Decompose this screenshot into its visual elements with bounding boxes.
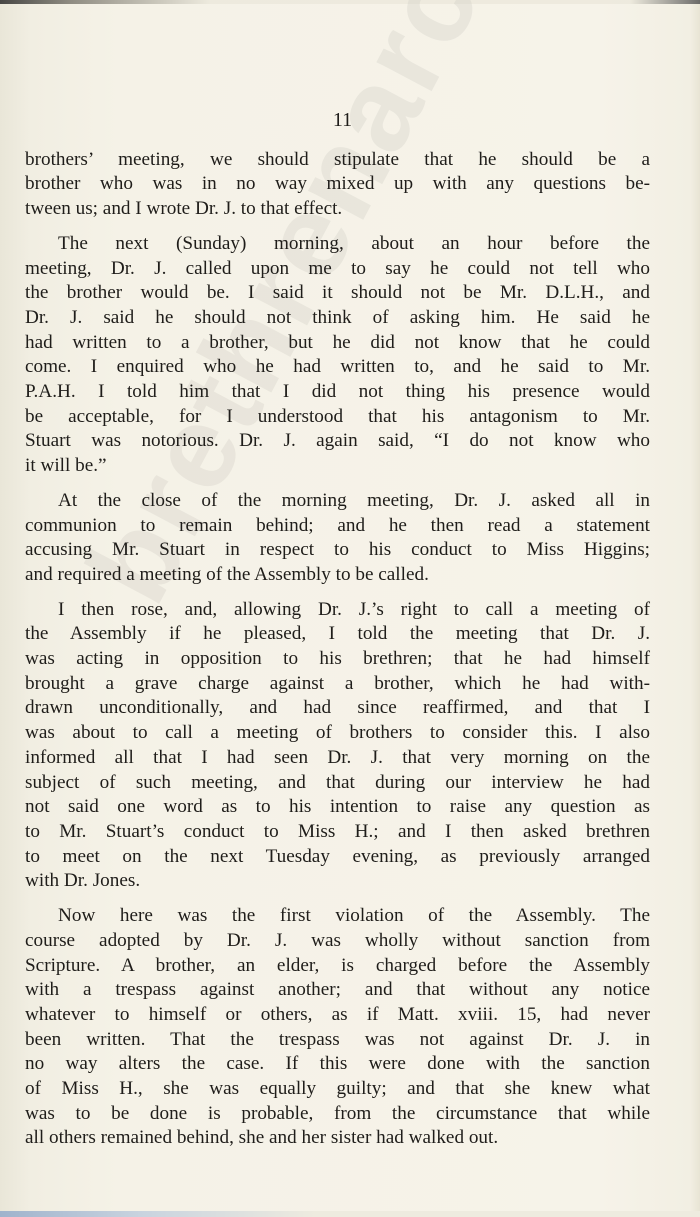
text-line: was acting in opposition to his brethren…	[25, 647, 650, 672]
text-line: whatever to himself or others, as if Mat…	[25, 1003, 650, 1028]
text-line: the brother would be. I said it should n…	[25, 281, 650, 306]
paragraph-continued: brothers’ meeting, we should stipulate t…	[25, 148, 650, 222]
text-line: and required a meeting of the Assembly t…	[25, 563, 650, 588]
text-line: P.A.H. I told him that I did not thing h…	[25, 380, 650, 405]
text-line: tween us; and I wrote Dr. J. to that eff…	[25, 197, 650, 222]
text-line: all others remained behind, she and her …	[25, 1126, 650, 1151]
text-line: Now here was the first violation of the …	[25, 904, 650, 929]
paragraph: I then rose, and, allowing Dr. J.’s righ…	[25, 598, 650, 894]
text-line: come. I enquired who he had written to, …	[25, 355, 650, 380]
text-line: be acceptable, for I understood that his…	[25, 405, 650, 430]
text-line: At the close of the morning meeting, Dr.…	[25, 489, 650, 514]
text-line: meeting, Dr. J. called upon me to say he…	[25, 257, 650, 282]
text-line: with a trespass against another; and tha…	[25, 978, 650, 1003]
text-line: drawn unconditionally, and had since rea…	[25, 696, 650, 721]
text-line: Scripture. A brother, an elder, is charg…	[25, 954, 650, 979]
text-line: the Assembly if he pleased, I told the m…	[25, 622, 650, 647]
text-line: course adopted by Dr. J. was wholly with…	[25, 929, 650, 954]
text-line: was to be done is probable, from the cir…	[25, 1102, 650, 1127]
text-line: communion to remain behind; and he then …	[25, 514, 650, 539]
text-line: Stuart was notorious. Dr. J. again said,…	[25, 429, 650, 454]
text-line: with Dr. Jones.	[25, 869, 650, 894]
text-line: subject of such meeting, and that during…	[25, 771, 650, 796]
text-line: had written to a brother, but he did not…	[25, 331, 650, 356]
page-number: 11	[35, 108, 650, 133]
text-line: of Miss H., she was equally guilty; and …	[25, 1077, 650, 1102]
text-line: was about to call a meeting of brothers …	[25, 721, 650, 746]
text-line: brought a grave charge against a brother…	[25, 672, 650, 697]
paragraph: The next (Sunday) morning, about an hour…	[25, 232, 650, 479]
text-line: no way alters the case. If this were don…	[25, 1052, 650, 1077]
paragraph-list: brothers’ meeting, we should stipulate t…	[25, 148, 650, 1151]
page-bottom-edge	[0, 1211, 700, 1217]
text-line: brothers’ meeting, we should stipulate t…	[25, 148, 650, 173]
paragraph: Now here was the first violation of the …	[25, 904, 650, 1151]
text-line: The next (Sunday) morning, about an hour…	[25, 232, 650, 257]
text-line: to Mr. Stuart’s conduct to Miss H.; and …	[25, 820, 650, 845]
page-top-edge	[0, 0, 700, 4]
text-line: to meet on the next Tuesday evening, as …	[25, 845, 650, 870]
paragraph: At the close of the morning meeting, Dr.…	[25, 489, 650, 588]
text-line: not said one word as to his intention to…	[25, 795, 650, 820]
page-body: 11 brothers’ meeting, we should stipulat…	[25, 108, 650, 1161]
scanned-page: brethrenarchive.org 11 brothers’ meeting…	[0, 0, 700, 1217]
text-line: it will be.”	[25, 454, 650, 479]
text-line: brother who was in no way mixed up with …	[25, 172, 650, 197]
text-line: I then rose, and, allowing Dr. J.’s righ…	[25, 598, 650, 623]
text-line: accusing Mr. Stuart in respect to his co…	[25, 538, 650, 563]
text-line: informed all that I had seen Dr. J. that…	[25, 746, 650, 771]
text-line: been written. That the trespass was not …	[25, 1028, 650, 1053]
text-line: Dr. J. said he should not think of askin…	[25, 306, 650, 331]
